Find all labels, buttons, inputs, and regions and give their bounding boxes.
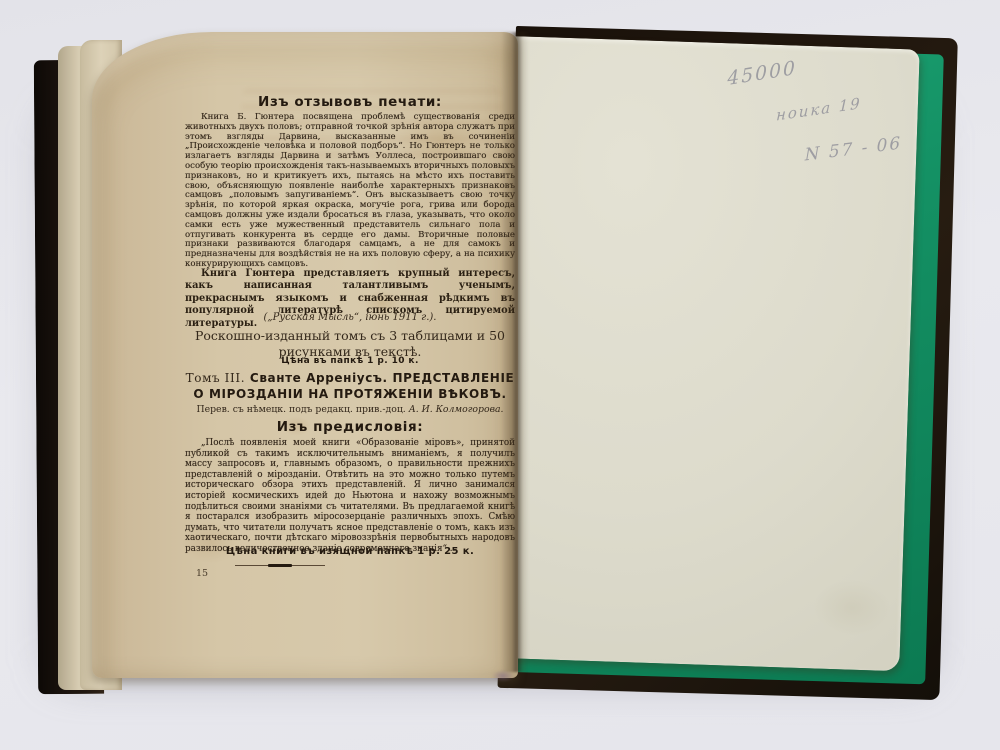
price-line-1: Цѣна въ папкѣ 1 р. 10 к. (185, 356, 515, 366)
review-paragraph: Книга Б. Гюнтера посвящена проблемѣ суще… (185, 113, 515, 270)
translation-prefix: Перев. съ нѣмецк. подъ редакц. прив.-доц… (197, 404, 406, 415)
reviews-heading: Изъ отзывовъ печати: (185, 94, 515, 110)
section-divider (235, 564, 325, 567)
volume-author: Сванте Арреніусъ. (250, 371, 388, 385)
pencil-note-price: 45000 (727, 57, 797, 90)
right-flyleaf-page: 45000 ноика 19 N 57 - 06 (489, 36, 919, 671)
gutter-smudge (488, 668, 518, 684)
volume-heading: Томъ III. Сванте Арреніусъ. ПРЕДСТАВЛЕНІ… (185, 371, 515, 402)
left-printed-page: Изъ отзывовъ печати: Книга Б. Гюнтера по… (92, 32, 518, 678)
translation-note: Перев. съ нѣмецк. подъ редакц. прив.-доц… (185, 404, 515, 415)
translation-name: А. И. Колмогорова. (409, 404, 504, 415)
preface-paragraph: „Послѣ появленія моей книги «Образованіе… (185, 438, 515, 555)
volume-prefix: Томъ III. (186, 371, 245, 385)
pencil-note-number: N 57 - 06 (805, 133, 903, 165)
photo-backdrop: 45000 ноика 19 N 57 - 06 Изъ отзывовъ пе… (0, 0, 1000, 750)
pencil-note-word: ноика 19 (776, 94, 862, 124)
edition-note: Роскошно-изданный томъ съ 3 таблицами и … (185, 328, 515, 359)
page-number: 15 (196, 568, 208, 579)
gutter-shadow (501, 32, 529, 672)
preface-heading: Изъ предисловія: (185, 419, 515, 435)
review-source: („Русская Мысль“, іюнь 1911 г.). (185, 312, 515, 323)
price-line-2: Цѣна книги въ изящной папкѣ 1 р. 25 к. (185, 546, 515, 557)
printed-text-column: Изъ отзывовъ печати: Книга Б. Гюнтера по… (185, 90, 515, 610)
